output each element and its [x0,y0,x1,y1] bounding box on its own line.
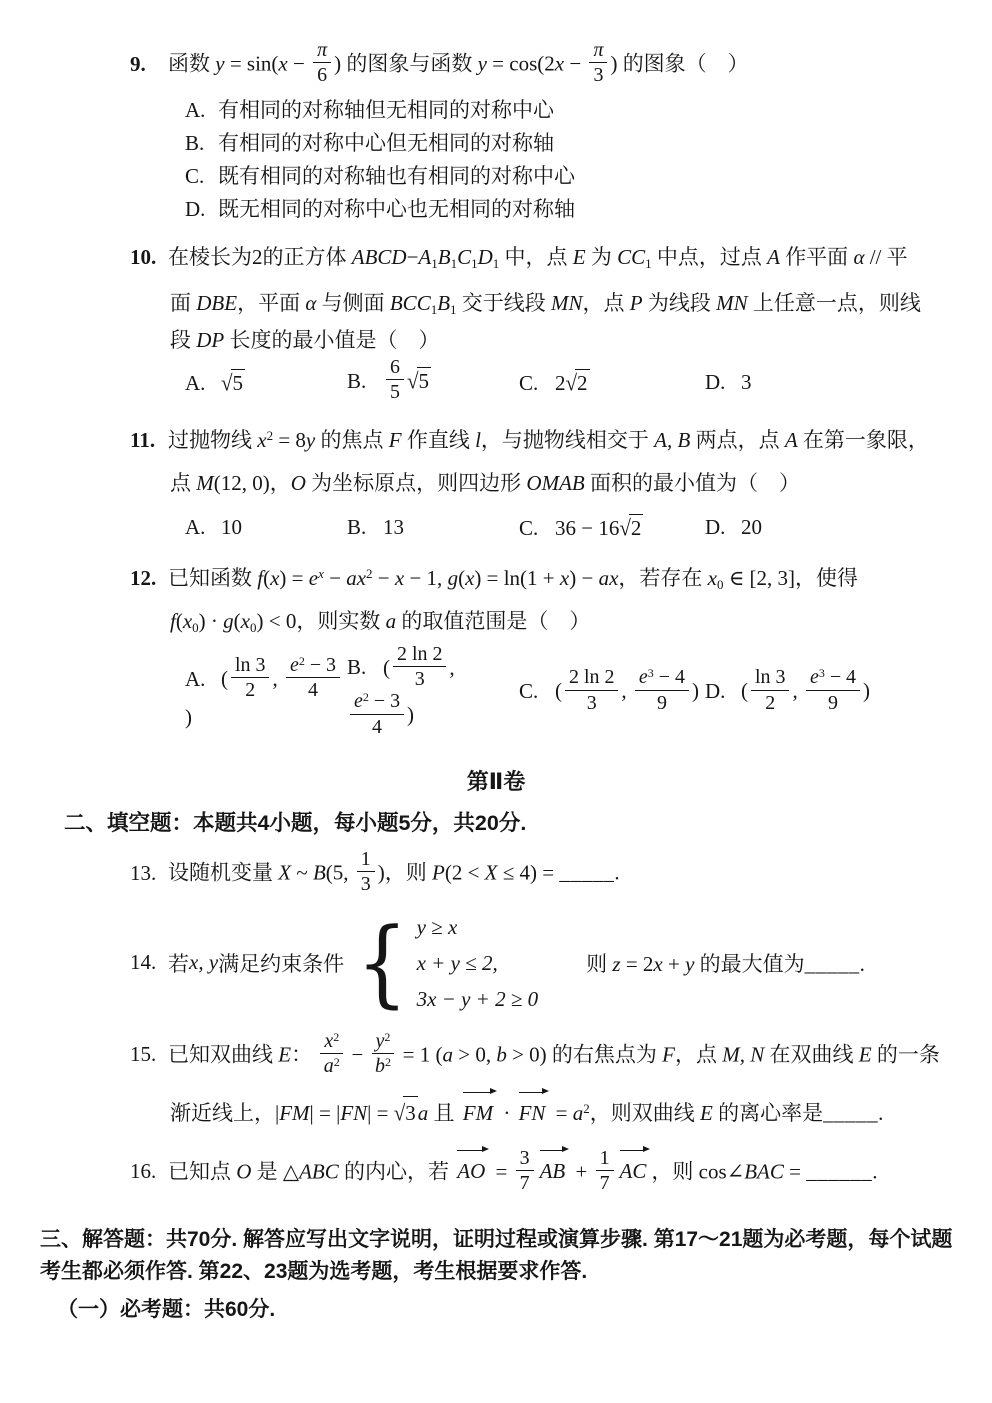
text-run: 的右焦点为 [552,1042,662,1066]
math-op: ) = [279,566,308,590]
math-op: cos∠ [699,1159,745,1183]
fraction: e3 − 49 [635,666,689,714]
math-var: DP [196,328,224,352]
fraction: e2 − 34 [350,690,404,738]
math-op: | = [367,1101,394,1125]
math-op: = [784,1159,806,1183]
text-run: 的图象（ ） [623,52,749,76]
text-run: 已知函数 [168,566,257,590]
blank-line: ______ [806,1159,872,1183]
option-label: D. [705,515,741,540]
text-run: 为坐标原点，则四边形 [306,471,527,495]
text-run: 在双曲线 [764,1042,859,1066]
paren: ( [383,655,390,679]
fraction: π3 [589,39,607,87]
math-var: x [183,609,192,633]
fraction-denominator: 3 [393,667,446,690]
math-op: 2 [555,371,566,395]
question-10-stem-line-1: 10.在棱长为2的正方体 ABCD−A1B1C1D1 中，点 E 为 CC1 中… [130,242,950,274]
fraction-numerator: y2 [372,1030,395,1054]
fraction-numerator: 6 [386,356,404,380]
math-op: − 1, [404,566,447,590]
math-var: DBE [196,291,237,315]
fraction: 13 [357,848,375,896]
math-var: B [313,861,326,885]
text-run: 在第一象限， [798,428,929,452]
math-var: ABC [299,1159,339,1183]
math-op: = 1 ( [397,1042,442,1066]
text-run: ，使得 [795,566,858,590]
fraction-numerator: e3 − 4 [635,666,689,690]
option-label: D. [185,193,218,226]
vector: FM [462,1094,496,1130]
text-run: 平 [887,245,908,269]
text-run: 作平面 [780,245,854,269]
math-op: − 3 [369,690,400,712]
math-var: P [432,861,445,885]
question-number: 14. [130,950,168,975]
math-var: D [478,245,493,269]
fraction-numerator: 2 ln 2 [565,666,618,690]
option-label: D. [705,370,741,395]
fraction-numerator: e2 − 3 [350,690,404,714]
math-var: x [465,566,474,590]
vector: FN [518,1094,549,1130]
text-run: 面积的最小值为（ ） [585,471,800,495]
math-op: − [324,566,346,590]
option-c: C.(2 ln 23, e3 − 49) [519,669,705,717]
fraction-numerator: x2 [320,1030,343,1054]
option-text: 既有相同的对称轴也有相同的对称中心 [218,164,575,188]
math-var: α [305,291,316,315]
option-label: A. [185,515,221,540]
volume-2-title: 第Ⅱ卷 [0,765,992,796]
math-var: ax [599,566,619,590]
question-12-options: A.(ln 32, e2 − 34) B.(2 ln 23, e2 − 34) … [130,646,950,741]
math-op: ) [334,52,346,76]
text-run: ，则双曲线 [590,1101,700,1125]
text-run: 则 [586,952,612,976]
option-label: B. [347,655,383,680]
radical-sign: √ [566,370,578,397]
text-run: ，点 [675,1042,722,1066]
math-op: − [407,245,419,269]
comma: , [621,679,632,703]
fraction-denominator: 4 [350,715,404,738]
option-a: A.√5 [185,369,347,396]
math-var: O [291,471,306,495]
math-op: ) < 0 [257,609,297,633]
option-d: D.20 [705,515,762,540]
math-op: · [498,1101,516,1125]
question-number: 9. [130,49,168,81]
math-var: x [395,566,404,590]
question-9-options: A.有相同的对称轴但无相同的对称中心 B.有相同的对称中心但无相同的对称轴 C.… [130,94,950,227]
question-9-stem: 9.函数 y = sin(x − π6) 的图象与函数 y = cos(2x −… [130,42,950,90]
vector: AB [539,1152,569,1188]
math-op: − [288,52,310,76]
square-root: √2 [566,369,590,396]
math-var: E [859,1042,872,1066]
math-var: A [418,245,431,269]
question-11-options: A.10 B.13 C.36 − 16√2 D.20 [130,514,950,541]
math-var: y [306,428,315,452]
option-label: B. [347,369,383,394]
blank-line: _____ [805,952,860,976]
question-11: 11.过抛物线 x2 = 8y 的焦点 F 作直线 l，与抛物线相交于 A, B… [130,425,950,541]
math-var: x [555,52,564,76]
text-run: 在棱长为2的正方体 [168,245,352,269]
text-run: 作直线 [402,428,476,452]
option-a: A.有相同的对称轴但无相同的对称中心 [130,94,950,127]
option-value: 13 [383,515,404,539]
option-c: C.既有相同的对称轴也有相同的对称中心 [130,160,950,193]
fraction-denominator: 7 [596,1171,614,1194]
option-label: A. [185,94,218,127]
text-run: 已知双曲线 [168,1042,278,1066]
square-root: √3 [394,1096,418,1130]
text-run: 的离心率是 [713,1101,823,1125]
option-c: C.36 − 16√2 [519,514,705,541]
question-14: 14.若 x, y 满足约束条件{y ≥ xx + y ≤ 2,3x − y +… [130,909,950,1017]
text-run: 为线段 [643,291,717,315]
math-var: O [236,1159,251,1183]
paren: ( [221,667,228,691]
option-b: B.(2 ln 23, e2 − 34) [347,646,519,741]
fraction-denominator: 2 [231,678,269,701]
math-var: X [278,861,291,885]
math-op: ( [176,609,183,633]
math-op: − 3 [305,654,336,676]
fraction: 2 ln 23 [565,666,618,714]
text-run: 上任意一点，则线 [748,291,921,315]
math-var: a [418,1101,429,1125]
math-op: = [490,1159,512,1183]
math-var: M, N [722,1042,764,1066]
radical-sign: √ [394,1097,406,1130]
constraint-line: 3x − y + 2 ≥ 0 [417,981,539,1017]
text-run: 的内心，若 [339,1159,455,1183]
text-run: 面 [170,291,196,315]
section-3-subheading: （一）必考题：共60分. [57,1293,950,1323]
text-run: 段 [170,328,196,352]
fraction: e3 − 49 [806,666,860,714]
text-run: ，则实数 [296,609,385,633]
math-op: (5, [326,861,354,885]
question-number: 13. [130,858,168,890]
math-op: − 4 [825,666,856,688]
math-var: a [442,1042,453,1066]
math-var: B [438,245,451,269]
text-run: 渐近线上， [170,1101,275,1125]
fraction-numerator: π [589,39,607,63]
blank-line: _____ [559,861,614,885]
text-run: 是 [251,1159,283,1183]
question-number: 16. [130,1156,168,1188]
math-op: = [550,1101,572,1125]
question-number: 11. [130,425,168,457]
math-var: BCC [390,291,431,315]
math-var: e [639,666,648,688]
math-op: = sin( [225,52,279,76]
question-10: 10.在棱长为2的正方体 ABCD−A1B1C1D1 中，点 E 为 CC1 中… [130,242,950,406]
question-14-tail: 则 z = 2x + y 的最大值为_____. [586,948,865,978]
option-label: D. [705,679,741,704]
math-op: > 0, [453,1042,496,1066]
text-run: 若 [168,948,189,978]
math-var: g [448,566,459,590]
option-value: 3 [741,370,752,394]
superscript: 2 [384,1030,390,1044]
fraction: 17 [596,1147,614,1195]
fraction-denominator: 3 [589,63,607,86]
section-2-heading: 二、填空题：本题共4小题，每小题5分，共20分. [64,806,950,837]
question-9: 9.函数 y = sin(x − π6) 的图象与函数 y = cos(2x −… [130,42,950,226]
text-run: 两点，点 [690,428,785,452]
period: . [860,952,865,976]
math-var: P [630,291,643,315]
fraction-denominator: 9 [806,691,860,714]
square-root: √5 [221,369,245,396]
option-d: D.(ln 32, e3 − 49) [705,669,870,717]
question-13: 13.设随机变量 X ~ B(5, 13)，则 P(2 < X ≤ 4) = _… [130,851,950,899]
fraction-numerator: 3 [516,1147,534,1171]
math-op: − 4 [654,666,685,688]
question-15-stem-line-1: 15.已知双曲线 E： x2a2 − y2b2 = 1 (a > 0, b > … [130,1033,950,1081]
text-run: ， [270,471,291,495]
math-var: F [662,1042,675,1066]
radical-sign: √ [221,370,233,397]
text-run: ，则 [651,1159,698,1183]
fraction-numerator: ln 3 [231,654,269,678]
square-root: √5 [407,367,431,394]
question-10-stem-line-3: 段 DP 长度的最小值是（ ） [130,325,950,357]
option-value: 20 [741,515,762,539]
math-var: x [324,1030,333,1052]
math-var: e [290,654,299,676]
text-run: 且 [428,1101,460,1125]
text-run: 的焦点 [315,428,389,452]
math-op: ) · [199,609,224,633]
math-var: MN [716,291,748,315]
math-op: − [346,1042,368,1066]
math-op: | = | [310,1101,341,1125]
math-op: ( [458,566,465,590]
math-op: ~ [291,861,313,885]
option-label: C. [519,516,555,541]
math-var: a [573,1101,584,1125]
option-value: 10 [221,515,242,539]
paren: ) [185,705,192,729]
math-var: α [853,245,864,269]
math-var: e [810,666,819,688]
text-run: 中点，过点 [652,245,768,269]
math-op: ( [234,609,241,633]
text-run: 点 [170,471,196,495]
math-var: z [612,952,620,976]
math-op: ) − [569,566,598,590]
question-10-stem-line-2: 面 DBE，平面 α 与侧面 BCC1B1 交于线段 MN，点 P 为线段 MN… [130,288,950,320]
option-label: C. [185,160,218,193]
math-var: FM [279,1101,309,1125]
fraction-denominator: b2 [372,1054,395,1077]
math-var: B [437,291,450,315]
period: . [614,861,619,885]
math-op: ) [610,52,622,76]
fraction-numerator: π [313,39,331,63]
constraint-line: y ≥ x [417,909,539,945]
math-op: 36 − 16 [555,516,619,540]
comma: , [272,667,283,691]
math-var: E [573,245,586,269]
text-run: 函数 [168,52,215,76]
math-var: e [309,566,318,590]
fraction-numerator: 2 ln 2 [393,643,446,667]
question-12: 12.已知函数 f(x) = ex − ax2 − x − 1, g(x) = … [130,563,950,741]
option-b: B.65√5 [347,359,519,407]
math-op: = cos(2 [487,52,555,76]
math-var: a [386,609,397,633]
paren: ) [692,679,699,703]
fraction-denominator: 3 [565,691,618,714]
text-run: 与侧面 [316,291,390,315]
math-var: y [478,52,487,76]
option-text: 既无相同的对称中心也无相同的对称轴 [218,197,575,221]
text-run: ，平面 [237,291,305,315]
text-run: ，与抛物线相交于 [481,428,654,452]
math-op: + [570,1159,592,1183]
question-number: 15. [130,1039,168,1071]
math-var: M [196,471,214,495]
superscript: 2 [333,1030,339,1044]
text-run: 为 [586,245,618,269]
paren: ) [378,861,385,885]
math-var: x, y [189,950,218,975]
text-run: 已知点 [168,1159,236,1183]
option-d: D.3 [705,370,752,395]
math-op: = 2 [621,952,654,976]
text-run: 长度的最小值是（ ） [224,328,439,352]
math-var: X [485,861,498,885]
math-var: x [278,52,287,76]
math-var: g [223,609,234,633]
question-15-stem-line-2: 渐近线上，|FM| = |FN| = √3a 且 FM · FN = a2，则双… [130,1094,950,1130]
triangle-symbol: △ [283,1159,299,1183]
comma: , [449,655,454,679]
section-3-instructions: 三、解答题：共70分. 解答应写出文字说明，证明过程或演算步骤. 第17～21题… [40,1224,956,1289]
math-var: A, B [654,428,690,452]
math-var: CC [617,245,645,269]
option-label: A. [185,667,221,692]
math-var: x [257,428,266,452]
vector: AO [456,1152,488,1188]
math-op: ∈ [2, 3] [723,566,795,590]
text-run: 的取值范围是（ ） [396,609,590,633]
math-var: ABCD [352,245,407,269]
math-var: b [496,1042,507,1066]
math-op: ： [291,1042,317,1066]
fraction: 65 [386,356,404,404]
fraction: e2 − 34 [286,654,340,702]
option-c: C.2√2 [519,369,705,396]
superscript: 2 [334,1055,340,1069]
fraction-numerator: 1 [596,1147,614,1171]
math-op: − [373,566,395,590]
fraction: π6 [313,39,331,87]
fraction-denominator: 3 [357,872,375,895]
fraction-denominator: 7 [516,1171,534,1194]
option-label: C. [519,371,555,396]
fraction-denominator: a2 [320,1054,343,1077]
option-b: B.有相同的对称中心但无相同的对称轴 [130,127,950,160]
math-var: A [767,245,780,269]
math-var: E [700,1101,713,1125]
question-12-stem-line-2: f(x0) · g(x0) < 0，则实数 a 的取值范围是（ ） [130,606,950,638]
text-run: 的一条 [872,1042,940,1066]
math-op: > 0) [507,1042,552,1066]
math-var: x [708,566,717,590]
text-run: 的图象与函数 [346,52,477,76]
blank-line: _____ [823,1101,878,1125]
fraction-denominator: 2 [751,691,789,714]
fraction: x2a2 [320,1030,343,1078]
math-var: C [457,245,471,269]
fraction-numerator: 1 [357,848,375,872]
fraction: y2b2 [372,1030,395,1078]
fraction: ln 32 [231,654,269,702]
text-run: 过抛物线 [168,428,257,452]
math-op: (2 < [445,861,485,885]
math-var: F [389,428,402,452]
fraction: 37 [516,1147,534,1195]
option-label: C. [519,679,555,704]
math-op: // [864,245,886,269]
text-run: 交于线段 [457,291,552,315]
math-var: FN [340,1101,367,1125]
paren: ) [863,679,870,703]
exam-page: 9.函数 y = sin(x − π6) 的图象与函数 y = cos(2x −… [0,0,992,1403]
fraction: 2 ln 23 [393,643,446,691]
option-label: B. [185,127,218,160]
text-run: 满足约束条件 [218,948,344,978]
square-root: √2 [619,514,643,541]
math-op: (12, 0) [214,471,270,495]
fraction-numerator: e3 − 4 [806,666,860,690]
question-12-stem-line-1: 12.已知函数 f(x) = ex − ax2 − x − 1, g(x) = … [130,563,950,595]
superscript: 2 [385,1055,391,1069]
question-number: 12. [130,563,168,595]
math-var: x [241,609,250,633]
option-label: A. [185,371,221,396]
paren: ) [407,703,414,727]
question-16: 16.已知点 O 是 △ABC 的内心，若 AO = 37AB + 17AC，则… [130,1150,950,1198]
option-a: A.(ln 32, e2 − 34) [185,657,347,730]
fraction-numerator: e2 − 3 [286,654,340,678]
question-11-stem-line-1: 11.过抛物线 x2 = 8y 的焦点 F 作直线 l，与抛物线相交于 A, B… [130,425,950,457]
math-op: = 8 [273,428,306,452]
question-15: 15.已知双曲线 E： x2a2 − y2b2 = 1 (a > 0, b > … [130,1033,950,1130]
question-number: 10. [130,242,168,274]
text-run: ，点 [583,291,630,315]
math-var: E [278,1042,291,1066]
math-var: e [354,690,363,712]
text-run: ，若存在 [618,566,707,590]
math-var: ax [346,566,366,590]
math-op: + [663,952,685,976]
question-11-stem-line-2: 点 M(12, 0)，O 为坐标原点，则四边形 OMAB 面积的最小值为（ ） [130,468,950,500]
paren: ( [741,679,748,703]
math-op: − [564,52,586,76]
